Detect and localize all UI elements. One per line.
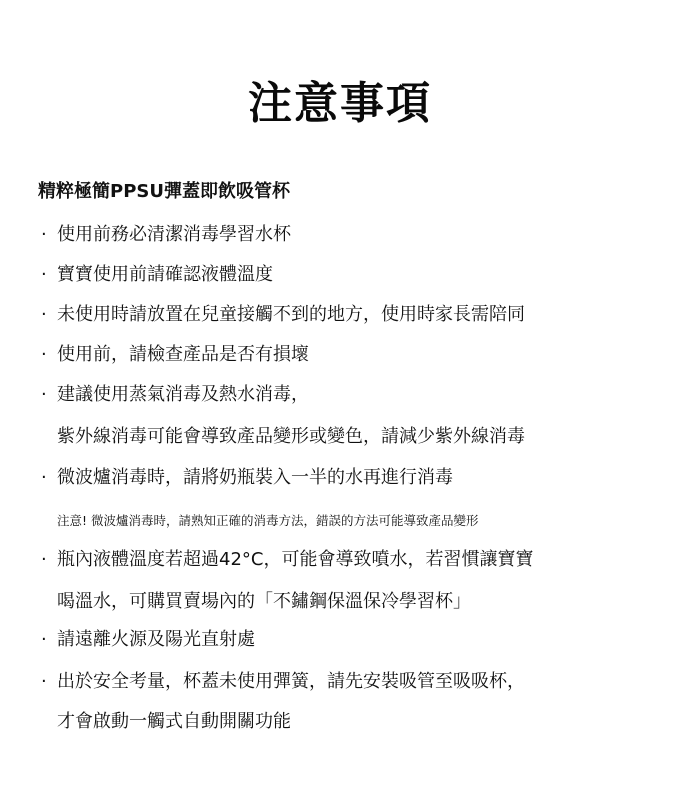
notice-line: 微波爐消毒時，請將奶瓶裝入一半的水再進行消毒 bbox=[57, 465, 453, 491]
bullet-dot: · bbox=[41, 382, 47, 408]
notice-line-continuation: 喝溫水，可購買賣場內的「不鏽鋼保溫保冷學習杯」 bbox=[57, 589, 471, 615]
bullet-dot: · bbox=[41, 465, 47, 491]
page-title: 注意事項 bbox=[0, 74, 680, 134]
bullet-dot: · bbox=[41, 669, 47, 695]
microwave-warning-note: 注意! 微波爐消毒時，請熟知正確的消毒方法，錯誤的方法可能導致產品變形 bbox=[57, 512, 479, 530]
bullet-dot: · bbox=[41, 302, 47, 328]
bullet-dot: · bbox=[41, 262, 47, 288]
product-name-heading: 精粹極簡PPSU彈蓋即飲吸管杯 bbox=[38, 180, 290, 204]
notice-line: 瓶內液體溫度若超過42°C，可能會導致噴水，若習慣讓寶寶 bbox=[57, 547, 533, 573]
notice-line: 未使用時請放置在兒童接觸不到的地方，使用時家長需陪同 bbox=[57, 302, 525, 328]
bullet-dot: · bbox=[41, 222, 47, 248]
notice-line: 請遠離火源及陽光直射處 bbox=[57, 627, 255, 653]
notice-line: 出於安全考量，杯蓋未使用彈簧，請先安裝吸管至吸吸杯， bbox=[57, 669, 525, 695]
notice-line: 使用前，請檢查產品是否有損壞 bbox=[57, 342, 309, 368]
notice-line-continuation: 紫外線消毒可能會導致產品變形或變色，請減少紫外線消毒 bbox=[57, 424, 525, 450]
bullet-dot: · bbox=[41, 342, 47, 368]
notice-line-continuation: 才會啟動一觸式自動開關功能 bbox=[57, 709, 291, 735]
bullet-dot: · bbox=[41, 627, 47, 653]
notice-line: 建議使用蒸氣消毒及熱水消毒， bbox=[57, 382, 309, 408]
bullet-dot: · bbox=[41, 547, 47, 573]
notice-line: 寶寶使用前請確認液體溫度 bbox=[57, 262, 273, 288]
notice-line: 使用前務必清潔消毒學習水杯 bbox=[57, 222, 291, 248]
